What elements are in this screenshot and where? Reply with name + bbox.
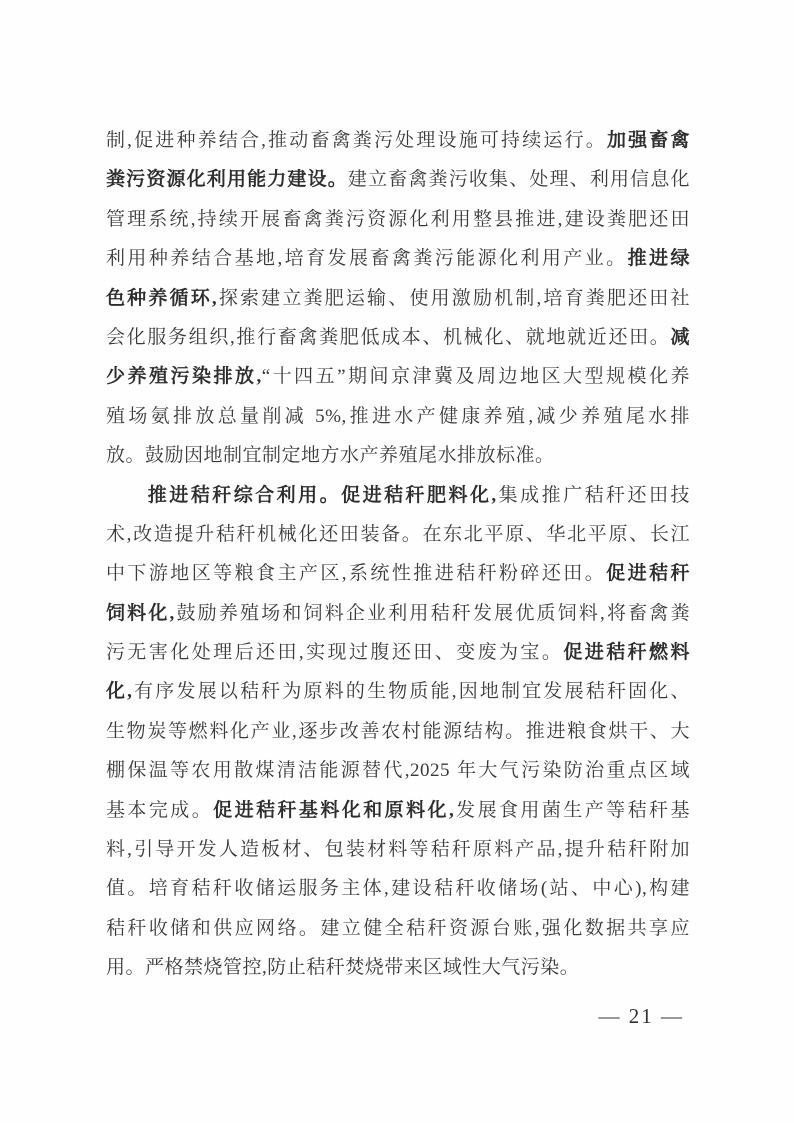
text-line: 推进秸秆综合利用。促进秸秆肥料化,集成推广秸秆还田技: [106, 476, 690, 515]
text-line: 粪污资源化利用能力建设。建立畜禽粪污收集、处理、利用信息化: [106, 160, 690, 199]
bold-text-segment: 推进绿: [628, 248, 690, 269]
bold-text-segment: 促进秸秆燃料: [563, 642, 690, 663]
text-segment: 中下游地区等粮食主产区,系统性推进秸秆粉碎还田。: [106, 563, 606, 584]
text-segment: 术,改造提升秸秆机械化还田装备。在东北平原、华北平原、长江: [106, 524, 690, 545]
text-line: 污无害化处理后还田,实现过腹还田、变废为宝。促进秸秆燃料: [106, 633, 690, 672]
text-segment: 有序发展以秸秆为原料的生物质能,因地制宜发展秸秆固化、: [132, 681, 690, 702]
text-line: 利用种养结合基地,培育发展畜禽粪污能源化利用产业。推进绿: [106, 239, 690, 278]
text-line: 用。严格禁烧管控,防止秸秆焚烧带来区域性大气污染。: [106, 948, 690, 987]
text-line: 术,改造提升秸秆机械化还田装备。在东北平原、华北平原、长江: [106, 515, 690, 554]
text-segment: 鼓励养殖场和饲料企业利用秸秆发展优质饲料,将畜禽粪: [175, 603, 690, 624]
text-segment: 基本完成。: [106, 800, 213, 821]
text-line: 中下游地区等粮食主产区,系统性推进秸秆粉碎还田。促进秸秆: [106, 554, 690, 593]
text-line: 少养殖污染排放,“十四五”期间京津冀及周边地区大型规模化养: [106, 357, 690, 396]
text-line: 生物炭等燃料化产业,逐步改善农村能源结构。推进粮食烘干、大: [106, 712, 690, 751]
text-segment: 料,引导开发人造板材、包装材料等秸秆原料产品,提升秸秆附加: [106, 839, 690, 860]
bold-text-segment: 饲料化,: [106, 603, 175, 624]
text-segment: 探索建立粪肥运输、使用激励机制,培育粪肥还田社: [217, 288, 690, 309]
text-line: 放。鼓励因地制宜制定地方水产养殖尾水排放标准。: [106, 436, 690, 475]
text-segment: 发展食用菌生产等秸秆基: [454, 800, 690, 821]
document-body: 制,促进种养结合,推动畜禽粪污处理设施可持续运行。加强畜禽粪污资源化利用能力建设…: [106, 121, 690, 988]
bold-text-segment: 促进秸秆基料化和原料化,: [213, 800, 454, 821]
text-segment: 利用种养结合基地,培育发展畜禽粪污能源化利用产业。: [106, 248, 628, 269]
text-line: 会化服务组织,推行畜禽粪肥低成本、机械化、就地就近还田。减: [106, 318, 690, 357]
document-page: 制,促进种养结合,推动畜禽粪污处理设施可持续运行。加强畜禽粪污资源化利用能力建设…: [0, 0, 794, 1123]
text-line: 秸秆收储和供应网络。建立健全秸秆资源台账,强化数据共享应: [106, 909, 690, 948]
bold-text-segment: 减: [670, 327, 690, 348]
text-segment: 殖场氨排放总量削减 5%,推进水产健康养殖,减少养殖尾水排: [106, 406, 690, 427]
text-line: 管理系统,持续开展畜禽粪污资源化利用整县推进,建设粪肥还田: [106, 200, 690, 239]
text-segment: 集成推广秸秆还田技: [497, 485, 690, 506]
text-line: 殖场氨排放总量削减 5%,推进水产健康养殖,减少养殖尾水排: [106, 397, 690, 436]
page-number: — 21 —: [599, 1004, 685, 1029]
text-line: 化,有序发展以秸秆为原料的生物质能,因地制宜发展秸秆固化、: [106, 672, 690, 711]
text-line: 制,促进种养结合,推动畜禽粪污处理设施可持续运行。加强畜禽: [106, 121, 690, 160]
text-segment: 值。培育秸秆收储运服务主体,建设秸秆收储场(站、中心),构建: [106, 878, 690, 899]
text-segment: 生物炭等燃料化产业,逐步改善农村能源结构。推进粮食烘干、大: [106, 721, 690, 742]
text-line: 值。培育秸秆收储运服务主体,建设秸秆收储场(站、中心),构建: [106, 869, 690, 908]
text-line: 料,引导开发人造板材、包装材料等秸秆原料产品,提升秸秆附加: [106, 830, 690, 869]
text-segment: 秸秆收储和供应网络。建立健全秸秆资源台账,强化数据共享应: [106, 918, 690, 939]
text-line: 色种养循环,探索建立粪肥运输、使用激励机制,培育粪肥还田社: [106, 279, 690, 318]
text-line: 基本完成。促进秸秆基料化和原料化,发展食用菌生产等秸秆基: [106, 791, 690, 830]
bold-text-segment: 推进秸秆综合利用。促进秸秆肥料化,: [148, 485, 497, 506]
text-segment: 建立畜禽粪污收集、处理、利用信息化: [348, 169, 690, 190]
text-segment: “十四五”期间京津冀及周边地区大型规模化养: [262, 366, 690, 387]
bold-text-segment: 促进秸秆: [606, 563, 690, 584]
text-segment: 用。严格禁烧管控,防止秸秆焚烧带来区域性大气污染。: [106, 957, 579, 978]
text-line: 棚保温等农用散煤清洁能源替代,2025 年大气污染防治重点区域: [106, 751, 690, 790]
text-segment: 污无害化处理后还田,实现过腹还田、变废为宝。: [106, 642, 563, 663]
text-segment: 放。鼓励因地制宜制定地方水产养殖尾水排放标准。: [106, 445, 555, 466]
bold-text-segment: 粪污资源化利用能力建设。: [106, 169, 348, 190]
bold-text-segment: 少养殖污染排放,: [106, 366, 262, 387]
bold-text-segment: 化,: [106, 681, 132, 702]
bold-text-segment: 加强畜禽: [607, 130, 690, 151]
text-segment: 管理系统,持续开展畜禽粪污资源化利用整县推进,建设粪肥还田: [106, 209, 690, 230]
text-segment: 会化服务组织,推行畜禽粪肥低成本、机械化、就地就近还田。: [106, 327, 670, 348]
text-segment: 棚保温等农用散煤清洁能源替代,2025 年大气污染防治重点区域: [106, 760, 690, 781]
text-segment: 制,促进种养结合,推动畜禽粪污处理设施可持续运行。: [106, 130, 607, 151]
text-line: 饲料化,鼓励养殖场和饲料企业利用秸秆发展优质饲料,将畜禽粪: [106, 594, 690, 633]
bold-text-segment: 色种养循环,: [106, 288, 217, 309]
